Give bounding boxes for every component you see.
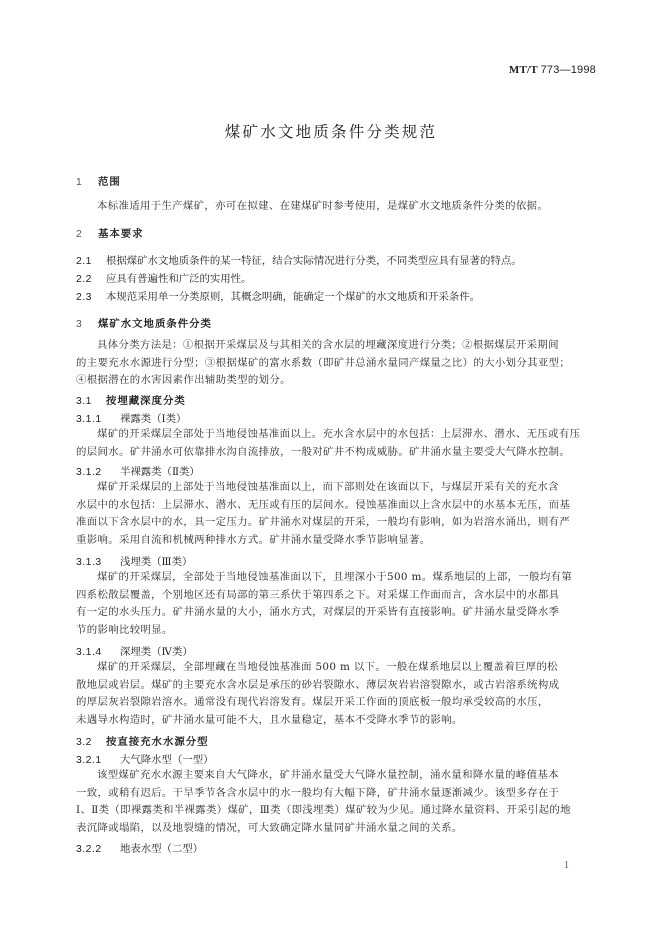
text-line: 节的影响比较明显。 bbox=[76, 622, 586, 640]
section-title: 煤矿水文地质条件分类 bbox=[98, 318, 212, 330]
text-line: 该型煤矿充水水源主要来自大气降水，矿井涌水量受大气降水量控制，涌水量和降水量的峰… bbox=[76, 767, 586, 785]
text-line: 一致，或稍有迟后。干旱季节各含水层中的水一般均有大幅下降，矿井涌水量逐渐减少。该… bbox=[76, 785, 586, 803]
text-line: 散地层或岩层。煤矿的主要充水含水层是承压的砂岩裂隙水、薄层灰岩岩溶裂隙水，或古岩… bbox=[76, 677, 586, 695]
section-title: 范围 bbox=[98, 176, 121, 188]
section-3-1-1-heading: 3.1.1裸露类（Ⅰ类） bbox=[76, 410, 186, 425]
section-title: 深埋类（Ⅳ类） bbox=[120, 646, 193, 658]
code-prefix: MT/T bbox=[509, 64, 538, 76]
section-3-1-2-paragraph: 煤矿开采煤层的上部处于当地侵蚀基准面以上，而下部则处在该面以下，与煤层开采有关的… bbox=[76, 479, 586, 549]
item-2-2: 2.2应具有普遍性和广泛的实用性。 bbox=[76, 270, 251, 285]
text-line: 表沉降或塌陷，以及地裂缝的情况，可大致确定降水量同矿井涌水量之间的关系。 bbox=[76, 820, 586, 838]
section-3-2-heading: 3.2按直接充水水源分型 bbox=[76, 733, 209, 748]
item-text: 本规范采用单一分类原则，其概念明确，能确定一个煤矿的水文地质和开采条件。 bbox=[106, 291, 480, 303]
item-number: 2.3 bbox=[76, 292, 106, 303]
section-title: 基本要求 bbox=[98, 228, 144, 240]
standard-code: MT/T 773—1998 bbox=[509, 64, 596, 76]
section-3-1-3-heading: 3.1.3浅埋类（Ⅲ类） bbox=[76, 553, 192, 568]
text-line: 准面以下含水层中的水，具一定压力。矿井涌水对煤层的开采，一般均有影响，如为岩溶水… bbox=[76, 514, 586, 532]
section-3-2-1-paragraph: 该型煤矿充水水源主要来自大气降水，矿井涌水量受大气降水量控制，涌水量和降水量的峰… bbox=[76, 767, 586, 837]
item-text: 根据煤矿水文地质条件的某一特征，结合实际情况进行分类，不同类型应具有显著的特点。 bbox=[106, 255, 522, 267]
text-line: 有一定的水头压力。矿井涌水量的大小，涌水方式，对煤层的开采皆有直接影响。矿井涌水… bbox=[76, 604, 586, 622]
section-title: 浅埋类（Ⅲ类） bbox=[120, 556, 192, 568]
section-number: 2 bbox=[76, 229, 98, 240]
text-line: 煤矿开采煤层的上部处于当地侵蚀基准面以上，而下部则处在该面以下，与煤层开采有关的… bbox=[76, 479, 586, 497]
text-line: 四系松散层覆盖，个别地区还有局部的第三系伏于第四系之下。对采煤工作面而言，含水层… bbox=[76, 587, 586, 605]
text-line: 具体分类方法是：①根据开采煤层及与其相关的含水层的埋藏深度进行分类；②根据煤层开… bbox=[76, 337, 586, 355]
section-3-paragraph: 具体分类方法是：①根据开采煤层及与其相关的含水层的埋藏深度进行分类；②根据煤层开… bbox=[76, 337, 586, 390]
section-number: 1 bbox=[76, 177, 98, 188]
text-line: ④根据潜在的水害因素作出辅助类型的划分。 bbox=[76, 372, 586, 390]
section-3-1-4-paragraph: 煤矿的开采煤层，全部埋藏在当地侵蚀基准面 500 m 以下。一般在煤系地层以上覆… bbox=[76, 659, 586, 729]
text-line: 未遇导水构造时，矿井涌水量可能不大，且水量稳定，基本不受降水季节的影响。 bbox=[76, 712, 586, 730]
section-3-heading: 3煤矿水文地质条件分类 bbox=[76, 315, 212, 330]
section-number: 3.1 bbox=[76, 396, 106, 407]
item-number: 2.2 bbox=[76, 274, 106, 285]
item-text: 应具有普遍性和广泛的实用性。 bbox=[106, 273, 251, 285]
text-line: Ⅰ、Ⅱ类（即裸露类和半裸露类）煤矿，Ⅲ类（即浅埋类）煤矿较为少见。通过降水量资料… bbox=[76, 802, 586, 820]
text-line: 煤矿的开采煤层全部处于当地侵蚀基准面以上。充水含水层中的水包括：上层滞水、潜水、… bbox=[76, 426, 586, 444]
section-number: 3.2 bbox=[76, 737, 106, 748]
text-line: 重影响。采用自流和机械两种排水方式。矿井涌水量受降水季节影响显著。 bbox=[76, 532, 586, 550]
section-3-1-1-paragraph: 煤矿的开采煤层全部处于当地侵蚀基准面以上。充水含水层中的水包括：上层滞水、潜水、… bbox=[76, 426, 586, 461]
code-number: 773—1998 bbox=[541, 64, 596, 76]
text-line: 本标准适用于生产煤矿，亦可在拟建、在建煤矿时参考使用，是煤矿水文地质条件分类的依… bbox=[76, 198, 586, 216]
page-number: 1 bbox=[564, 860, 569, 871]
section-3-1-3-paragraph: 煤矿的开采煤层，全部处于当地侵蚀基准面以下，且埋深小于500 m。煤系地层的上部… bbox=[76, 569, 586, 639]
text-line: 煤矿的开采煤层，全部埋藏在当地侵蚀基准面 500 m 以下。一般在煤系地层以上覆… bbox=[76, 659, 586, 677]
section-number: 3.1.1 bbox=[76, 414, 120, 425]
section-3-1-4-heading: 3.1.4深埋类（Ⅳ类） bbox=[76, 643, 193, 658]
item-2-1: 2.1根据煤矿水文地质条件的某一特征，结合实际情况进行分类，不同类型应具有显著的… bbox=[76, 252, 522, 267]
section-number: 3 bbox=[76, 319, 98, 330]
section-3-1-heading: 3.1按埋藏深度分类 bbox=[76, 392, 186, 407]
section-title: 按埋藏深度分类 bbox=[106, 395, 186, 407]
item-2-3: 2.3本规范采用单一分类原则，其概念明确，能确定一个煤矿的水文地质和开采条件。 bbox=[76, 288, 480, 303]
section-number: 3.2.2 bbox=[76, 844, 120, 855]
text-line: 的厚层灰岩裂隙岩溶水。通常没有现代岩溶发育。煤层开采工作面的顶底板一般均承受较高… bbox=[76, 694, 586, 712]
text-line: 的层间水。矿井涌水可依靠排水沟自流排放，一般对矿井不构成威胁。矿井涌水量主要受大… bbox=[76, 444, 586, 462]
section-1-paragraph: 本标准适用于生产煤矿，亦可在拟建、在建煤矿时参考使用，是煤矿水文地质条件分类的依… bbox=[76, 198, 586, 216]
section-number: 3.2.1 bbox=[76, 755, 120, 766]
section-1-heading: 1范围 bbox=[76, 173, 121, 188]
section-number: 3.1.4 bbox=[76, 647, 120, 658]
section-title: 半裸露类（Ⅱ类） bbox=[120, 466, 200, 478]
section-2-heading: 2基本要求 bbox=[76, 225, 144, 240]
section-3-1-2-heading: 3.1.2半裸露类（Ⅱ类） bbox=[76, 463, 200, 478]
section-3-2-2-heading: 3.2.2地表水型（二型） bbox=[76, 840, 203, 855]
text-line: 的主要充水水源进行分型；③根据煤矿的富水系数（即矿井总涌水量同产煤量之比）的大小… bbox=[76, 355, 586, 373]
section-title: 大气降水型（一型） bbox=[120, 754, 214, 766]
section-number: 3.1.2 bbox=[76, 467, 120, 478]
section-title: 裸露类（Ⅰ类） bbox=[120, 413, 186, 425]
section-number: 3.1.3 bbox=[76, 557, 120, 568]
text-line: 水层中的水包括：上层滞水、潜水、无压或有压的层间水。侵蚀基准面以上含水层中的水基… bbox=[76, 497, 586, 515]
text-line: 煤矿的开采煤层，全部处于当地侵蚀基准面以下，且埋深小于500 m。煤系地层的上部… bbox=[76, 569, 586, 587]
section-title: 按直接充水水源分型 bbox=[106, 736, 209, 748]
page-title: 煤矿水文地质条件分类规范 bbox=[0, 120, 662, 142]
item-number: 2.1 bbox=[76, 256, 106, 267]
section-title: 地表水型（二型） bbox=[120, 843, 203, 855]
section-3-2-1-heading: 3.2.1大气降水型（一型） bbox=[76, 751, 214, 766]
